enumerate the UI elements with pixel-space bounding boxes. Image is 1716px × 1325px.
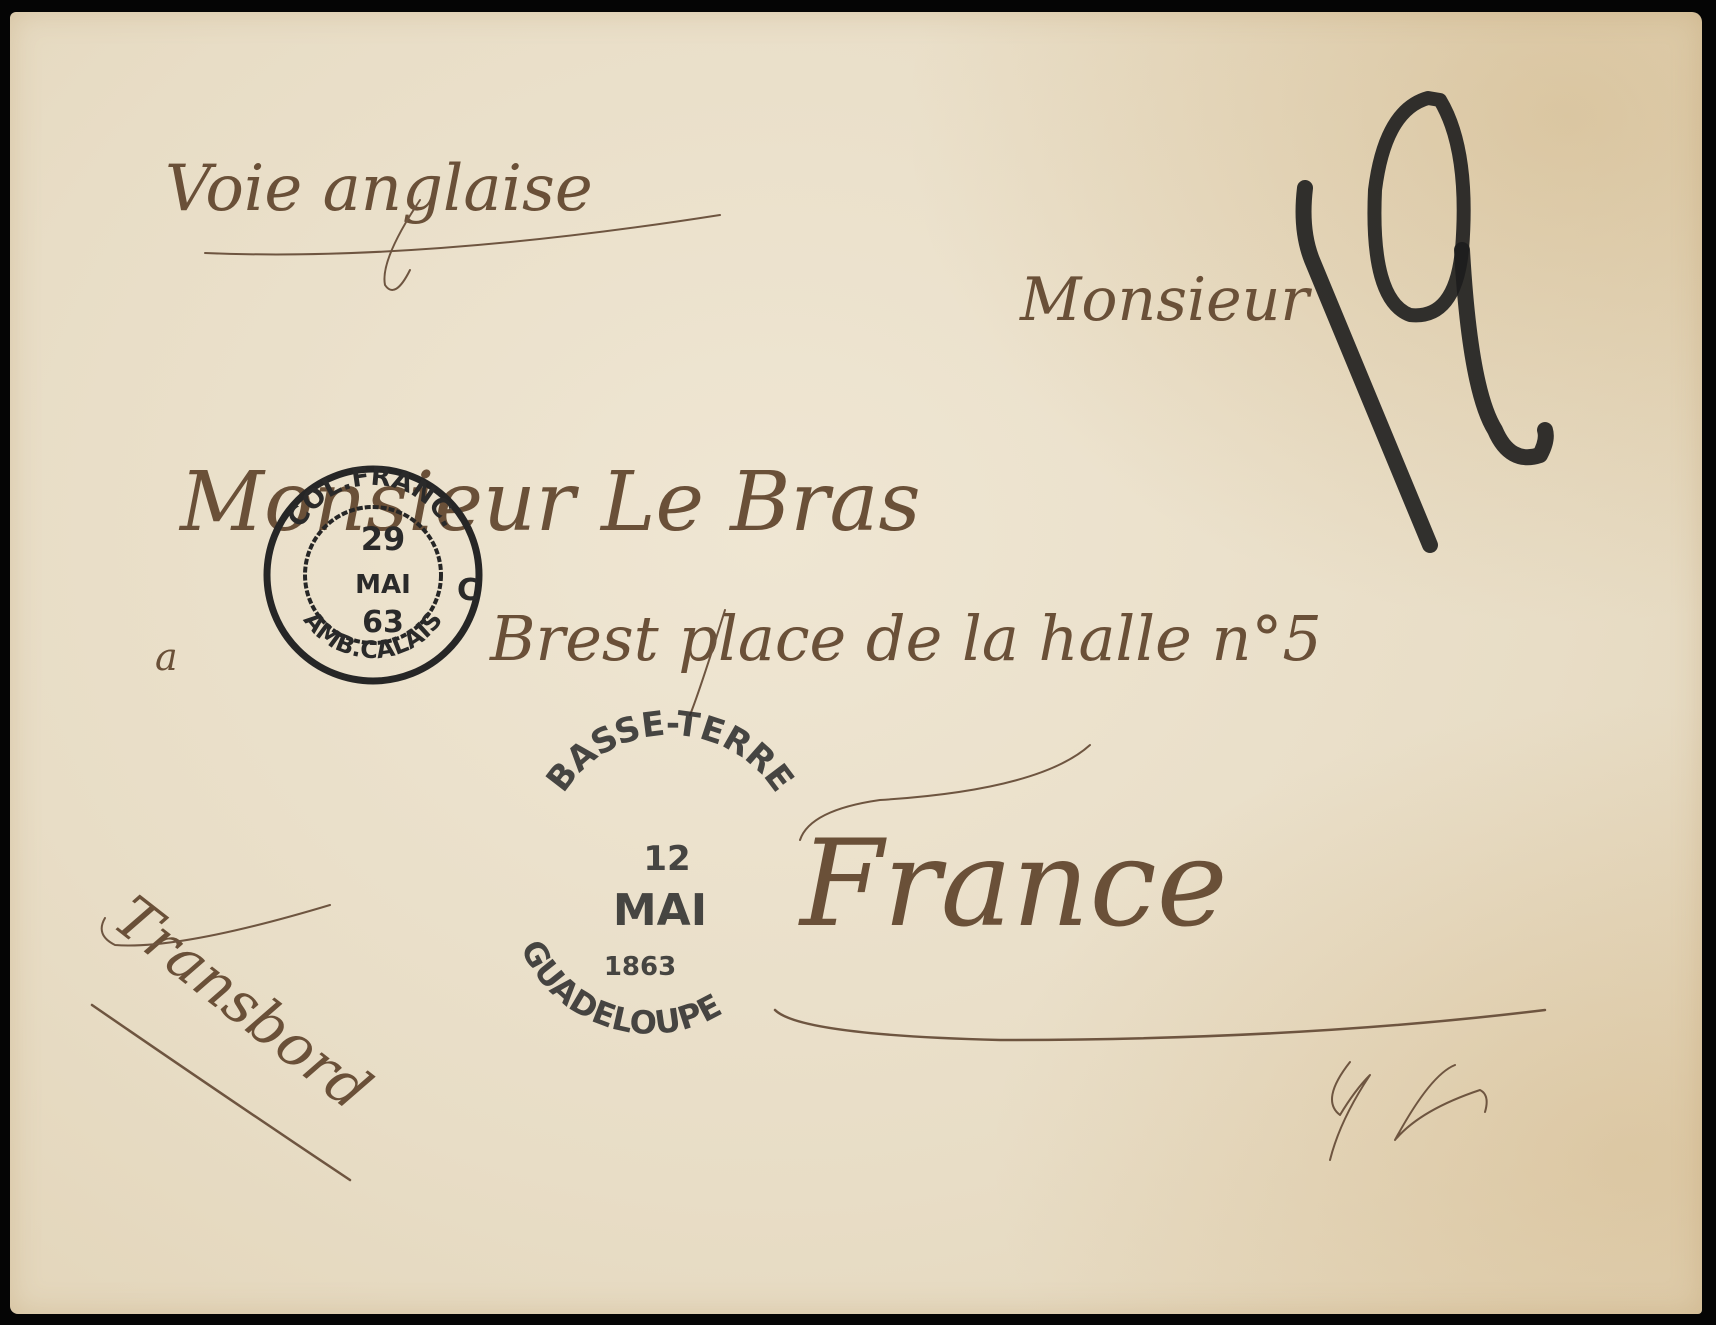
- calais-month: MAI: [355, 570, 411, 600]
- calais-day: 29: [361, 520, 406, 558]
- guadeloupe-year: 1863: [604, 952, 676, 982]
- addressee-text: Monsieur Le Bras: [178, 455, 921, 550]
- guadeloupe-top-text: BASSE-TERRE: [539, 704, 802, 800]
- lower-right-initials: JL: [1330, 1062, 1487, 1160]
- routing-note: Voie anglaise: [165, 152, 720, 290]
- address-line-text: Brest place de la halle n°5: [489, 602, 1322, 675]
- calais-year: 63: [362, 605, 404, 640]
- lower-left-note: Transbord: [92, 882, 384, 1180]
- guadeloupe-bottom-text: GUADELOUPE: [513, 934, 728, 1042]
- svg-text:BASSE-TERRE: BASSE-TERRE: [539, 704, 802, 800]
- lower-left-note-text: Transbord: [101, 882, 383, 1123]
- guadeloupe-month: MAI: [613, 885, 707, 936]
- routing-note-text: Voie anglaise: [165, 152, 593, 226]
- address-prefix-text: a: [155, 635, 178, 679]
- destination: France: [775, 745, 1545, 1040]
- svg-text:GUADELOUPE: GUADELOUPE: [513, 934, 728, 1042]
- calais-side-letter: C: [457, 573, 479, 608]
- envelope-markings: Voie anglaise Monsieur Monsieur Le Bras …: [0, 0, 1716, 1325]
- postage-due-marking: 12: [1304, 98, 1546, 545]
- salutation-text: Monsieur: [1019, 265, 1312, 335]
- destination-text: France: [798, 815, 1228, 954]
- guadeloupe-day: 12: [643, 839, 690, 879]
- guadeloupe-postmark: BASSE-TERRE GUADELOUPE 12 MAI 1863: [513, 704, 801, 1042]
